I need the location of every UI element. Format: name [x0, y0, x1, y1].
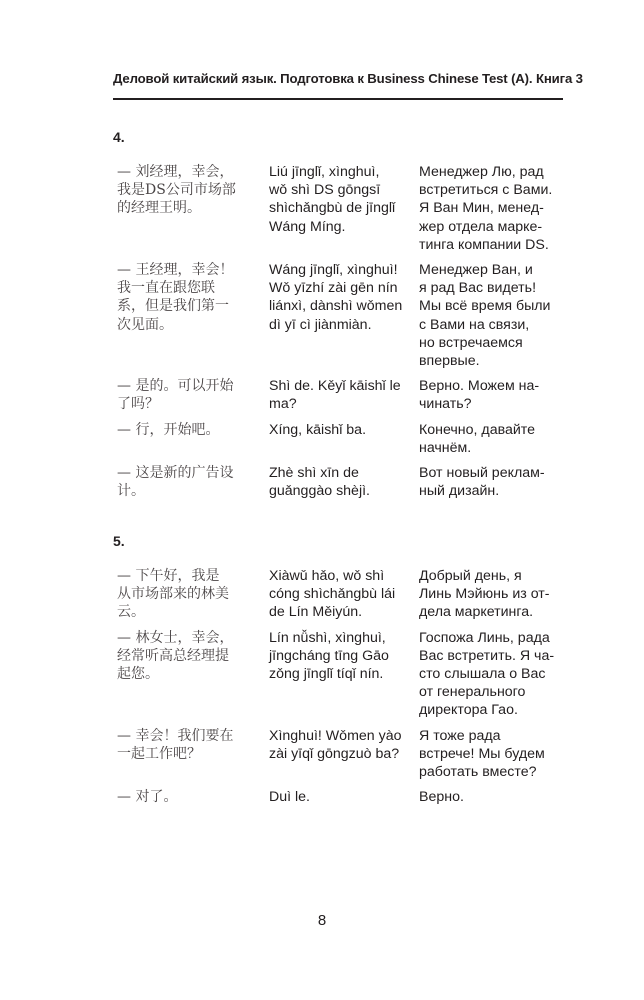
pinyin-text: Xìnghuì! Wǒmen yàozài yīqǐ gōngzuò ba? [269, 727, 419, 789]
russian-translation: Вот новый реклам-ный дизайн. [419, 464, 567, 507]
chinese-text-line: 系，但是我们第一 [117, 297, 269, 315]
russian-translation-line: дела маркетинга. [419, 603, 567, 621]
chinese-text: — 幸会！我们要在一起工作吧？ [117, 727, 269, 789]
pinyin-text: Xíng, kāishǐ ba. [269, 421, 419, 464]
running-head-title: Деловой китайский язык. Подготовка к Bus… [113, 71, 563, 86]
russian-translation: Менеджер Ван, ия рад Вас видеть!Мы всё в… [419, 261, 567, 377]
chinese-text-line: 云。 [117, 603, 269, 621]
chinese-text-line: — 刘经理，幸会， [117, 163, 269, 181]
chinese-text: — 刘经理，幸会，我是DS公司市场部的经理王明。 [117, 163, 269, 261]
russian-translation-line: сто слышала о Вас [419, 665, 567, 683]
chinese-text-line: — 林女士，幸会， [117, 629, 269, 647]
dialogue-row: — 这是新的广告设计。Zhè shì xīn deguǎnggào shèjì.… [117, 464, 567, 507]
pinyin-text-line: Zhè shì xīn de [269, 464, 419, 482]
russian-translation-line: Верно. Можем на- [419, 377, 567, 395]
russian-translation: Менеджер Лю, радвстретиться с Вами.Я Ван… [419, 163, 567, 261]
page-number: 8 [0, 912, 644, 929]
chinese-text-line: 次见面。 [117, 316, 269, 334]
chinese-text: — 行，开始吧。 [117, 421, 269, 464]
russian-translation: Конечно, давайтеначнём. [419, 421, 567, 464]
chinese-text-line: 起您。 [117, 665, 269, 683]
russian-translation-line: Вот новый реклам- [419, 464, 567, 482]
pinyin-text: Zhè shì xīn deguǎnggào shèjì. [269, 464, 419, 507]
russian-translation-line: жер отдела марке- [419, 218, 567, 236]
chinese-text-line: 了吗？ [117, 395, 269, 413]
russian-translation-line: встретиться с Вами. [419, 181, 567, 199]
pinyin-text: Shì de. Kěyǐ kāishǐ lema? [269, 377, 419, 420]
russian-translation-line: впервые. [419, 352, 567, 370]
pinyin-text-line: zài yīqǐ gōngzuò ba? [269, 745, 419, 763]
chinese-text-line: — 幸会！我们要在 [117, 727, 269, 745]
chinese-text-line: 一起工作吧？ [117, 745, 269, 763]
russian-translation-line: начнём. [419, 439, 567, 457]
russian-translation-line: Вас встретить. Я ча- [419, 647, 567, 665]
pinyin-text: Xiàwǔ hǎo, wǒ shìcóng shìchǎngbù láide L… [269, 567, 419, 629]
pinyin-text-line: dì yī cì jiànmiàn. [269, 316, 419, 334]
russian-translation-line: Я тоже рада [419, 727, 567, 745]
russian-translation-line: я рад Вас видеть! [419, 279, 567, 297]
chinese-text-line: 计。 [117, 482, 269, 500]
pinyin-text-line: Duì le. [269, 788, 419, 806]
chinese-text-line: — 下午好，我是 [117, 567, 269, 585]
chinese-text-line: 我一直在跟您联 [117, 279, 269, 297]
pinyin-text: Liú jīnglǐ, xìnghuì,wǒ shì DS gōngsīshìc… [269, 163, 419, 261]
chinese-text-line: — 王经理，幸会！ [117, 261, 269, 279]
pinyin-text-line: ma? [269, 395, 419, 413]
dialogue-row: — 王经理，幸会！我一直在跟您联系，但是我们第一次见面。Wáng jīnglǐ,… [117, 261, 567, 377]
russian-translation: Госпожа Линь, радаВас встретить. Я ча-ст… [419, 629, 567, 727]
russian-translation-line: с Вами на связи, [419, 316, 567, 334]
chinese-text: — 是的。可以开始了吗？ [117, 377, 269, 420]
dialogue-row: — 刘经理，幸会，我是DS公司市场部的经理王明。Liú jīnglǐ, xìng… [117, 163, 567, 261]
chinese-text-line: — 这是新的广告设 [117, 464, 269, 482]
russian-translation-line: Верно. [419, 788, 567, 806]
pinyin-text-line: Xìnghuì! Wǒmen yào [269, 727, 419, 745]
russian-translation-line: Менеджер Ван, и [419, 261, 567, 279]
chinese-text: — 这是新的广告设计。 [117, 464, 269, 507]
russian-translation: Я тоже радавстрече! Мы будемработать вме… [419, 727, 567, 789]
chinese-text-line: — 行，开始吧。 [117, 421, 269, 439]
dialogue-row: — 行，开始吧。Xíng, kāishǐ ba.Конечно, давайте… [117, 421, 567, 464]
pinyin-text-line: Liú jīnglǐ, xìnghuì, [269, 163, 419, 181]
russian-translation-line: Я Ван Мин, менед- [419, 199, 567, 217]
pinyin-text-line: jīngcháng tīng Gāo [269, 647, 419, 665]
russian-translation-line: Менеджер Лю, рад [419, 163, 567, 181]
russian-translation-line: чинать? [419, 395, 567, 413]
russian-translation-line: встрече! Мы будем [419, 745, 567, 763]
russian-translation: Добрый день, яЛинь Мэйюнь из от-дела мар… [419, 567, 567, 629]
russian-translation-line: директора Гао. [419, 701, 567, 719]
pinyin-text: Duì le. [269, 788, 419, 813]
russian-translation-line: ный дизайн. [419, 482, 567, 500]
chinese-text-line: — 对了。 [117, 788, 269, 806]
russian-translation-line: Добрый день, я [419, 567, 567, 585]
pinyin-text-line: liánxì, dànshì wǒmen [269, 297, 419, 315]
pinyin-text: Wáng jīnglǐ, xìnghuì!Wǒ yīzhí zài gēn ní… [269, 261, 419, 377]
pinyin-text: Lín nǚshì, xìnghuì,jīngcháng tīng Gāozǒn… [269, 629, 419, 727]
russian-translation-line: Госпожа Линь, рада [419, 629, 567, 647]
russian-translation-line: от генерального [419, 683, 567, 701]
chinese-text: — 王经理，幸会！我一直在跟您联系，但是我们第一次见面。 [117, 261, 269, 377]
chinese-text-line: 从市场部来的林美 [117, 585, 269, 603]
chinese-text-line: 我是DS公司市场部 [117, 181, 269, 199]
pinyin-text-line: Wáng jīnglǐ, xìnghuì! [269, 261, 419, 279]
dialogue-row: — 林女士，幸会，经常听高总经理提起您。Lín nǚshì, xìnghuì,j… [117, 629, 567, 727]
pinyin-text-line: Wáng Míng. [269, 218, 419, 236]
chinese-text: — 对了。 [117, 788, 269, 813]
russian-translation-line: работать вместе? [419, 763, 567, 781]
pinyin-text-line: zǒng jīnglǐ tíqǐ nín. [269, 665, 419, 683]
pinyin-text-line: Lín nǚshì, xìnghuì, [269, 629, 419, 647]
chinese-text-line: 经常听高总经理提 [117, 647, 269, 665]
pinyin-text-line: Wǒ yīzhí zài gēn nín [269, 279, 419, 297]
pinyin-text-line: Shì de. Kěyǐ kāishǐ le [269, 377, 419, 395]
russian-translation: Верно. [419, 788, 567, 813]
header-rule [113, 98, 563, 100]
dialogue-row: — 是的。可以开始了吗？Shì de. Kěyǐ kāishǐ lema?Вер… [117, 377, 567, 420]
russian-translation-line: Линь Мэйюнь из от- [419, 585, 567, 603]
dialogue-row: — 幸会！我们要在一起工作吧？Xìnghuì! Wǒmen yàozài yīq… [117, 727, 567, 789]
russian-translation-line: тинга компании DS. [419, 236, 567, 254]
pinyin-text-line: Xiàwǔ hǎo, wǒ shì [269, 567, 419, 585]
section-number-5: 5. [113, 533, 125, 549]
chinese-text-line: 的经理王明。 [117, 199, 269, 217]
pinyin-text-line: shìchǎngbù de jīnglǐ [269, 199, 419, 217]
chinese-text: — 林女士，幸会，经常听高总经理提起您。 [117, 629, 269, 727]
pinyin-text-line: guǎnggào shèjì. [269, 482, 419, 500]
russian-translation-line: но встречаемся [419, 334, 567, 352]
russian-translation-line: Конечно, давайте [419, 421, 567, 439]
pinyin-text-line: cóng shìchǎngbù lái [269, 585, 419, 603]
dialogue-table-5: — 下午好，我是从市场部来的林美云。Xiàwǔ hǎo, wǒ shìcóng … [117, 567, 567, 813]
russian-translation: Верно. Можем на-чинать? [419, 377, 567, 420]
section-number-4: 4. [113, 129, 125, 145]
pinyin-text-line: Xíng, kāishǐ ba. [269, 421, 419, 439]
russian-translation-line: Мы всё время были [419, 297, 567, 315]
chinese-text-line: — 是的。可以开始 [117, 377, 269, 395]
dialogue-table-4: — 刘经理，幸会，我是DS公司市场部的经理王明。Liú jīnglǐ, xìng… [117, 163, 567, 507]
pinyin-text-line: de Lín Měiyún. [269, 603, 419, 621]
dialogue-row: — 下午好，我是从市场部来的林美云。Xiàwǔ hǎo, wǒ shìcóng … [117, 567, 567, 629]
pinyin-text-line: wǒ shì DS gōngsī [269, 181, 419, 199]
chinese-text: — 下午好，我是从市场部来的林美云。 [117, 567, 269, 629]
dialogue-row: — 对了。Duì le.Верно. [117, 788, 567, 813]
